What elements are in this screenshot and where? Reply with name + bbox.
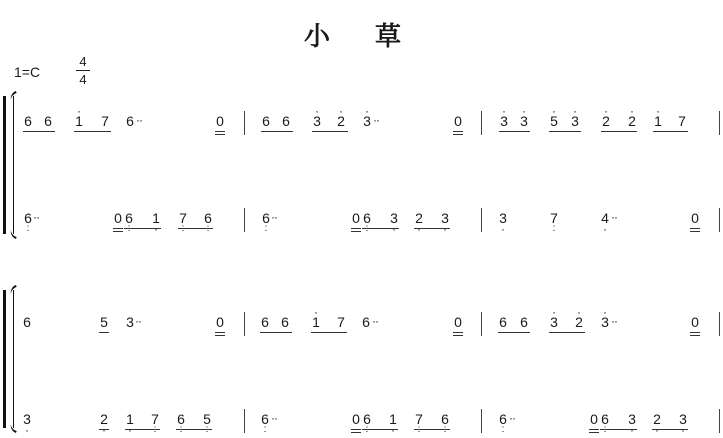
beam — [176, 429, 212, 430]
beam — [215, 332, 225, 333]
note: 2 — [601, 113, 611, 129]
note: 7 — [549, 210, 559, 226]
system1-upper-staff: 6 6 1 7 6 ·· 0 6 6 3 2 3 ·· 0 3 3 5 3 2 … — [0, 103, 723, 143]
note: 3 — [570, 113, 580, 129]
system1-lower-staff: 6 ·· 0 6 1 7 6 6 ·· 0 6 3 2 3 3 7 4 ·· 0 — [0, 200, 723, 240]
system2-upper-staff: 6 5 3 ·· 0 6 6 1 7 6 ·· 0 6 6 3 2 3 ·· 0 — [0, 304, 723, 344]
rest: 0 — [351, 411, 361, 427]
note: 7 — [178, 210, 188, 226]
barline — [719, 409, 720, 433]
barline — [481, 409, 482, 433]
barline — [244, 208, 245, 232]
beam — [74, 131, 111, 132]
note: 6 — [125, 113, 135, 129]
note: 6 — [124, 210, 134, 226]
extension-dots: ·· — [373, 113, 379, 127]
note: 6 — [600, 411, 610, 427]
note: 6 — [440, 411, 450, 427]
beam — [549, 332, 585, 333]
barline — [719, 111, 720, 135]
rest: 0 — [113, 210, 123, 226]
beam — [261, 131, 293, 132]
beam — [414, 429, 450, 430]
beam — [601, 131, 637, 132]
note: 7 — [100, 113, 110, 129]
note: 1 — [388, 411, 398, 427]
extension-dots: ·· — [372, 314, 378, 328]
note: 6 — [498, 314, 508, 330]
beam — [362, 228, 399, 229]
beam — [589, 432, 599, 433]
note: 3 — [600, 314, 610, 330]
rest: 0 — [215, 314, 225, 330]
beam — [99, 429, 109, 430]
beam — [125, 429, 160, 430]
beam — [690, 335, 700, 336]
note: 7 — [414, 411, 424, 427]
beam — [312, 131, 348, 132]
note: 6 — [280, 314, 290, 330]
note: 6 — [260, 314, 270, 330]
beam — [215, 335, 225, 336]
rest: 0 — [690, 314, 700, 330]
note: 6 — [361, 314, 371, 330]
beam — [499, 131, 530, 132]
rest: 0 — [453, 314, 463, 330]
beam — [549, 131, 581, 132]
beam — [351, 432, 361, 433]
note: 3 — [519, 113, 529, 129]
beam — [652, 429, 688, 430]
note: 6 — [261, 210, 271, 226]
beam — [498, 332, 530, 333]
note: 3 — [389, 210, 399, 226]
key-signature: 1=C — [14, 64, 40, 80]
note: 3 — [549, 314, 559, 330]
beam — [351, 429, 361, 430]
rest: 0 — [215, 113, 225, 129]
beam — [690, 231, 700, 232]
note: 3 — [678, 411, 688, 427]
rest: 0 — [690, 210, 700, 226]
note: 6 — [176, 411, 186, 427]
note: 1 — [311, 314, 321, 330]
rest: 0 — [589, 411, 599, 427]
note: 6 — [281, 113, 291, 129]
beam — [690, 228, 700, 229]
note: 7 — [677, 113, 687, 129]
beam — [453, 134, 463, 135]
rest: 0 — [351, 210, 361, 226]
beam — [99, 332, 109, 333]
extension-dots: ·· — [611, 314, 617, 328]
beam — [600, 429, 637, 430]
note: 5 — [99, 314, 109, 330]
beam — [690, 332, 700, 333]
note: 2 — [652, 411, 662, 427]
extension-dots: ·· — [135, 314, 141, 328]
extension-dots: ·· — [271, 411, 277, 425]
barline — [481, 312, 482, 336]
beam — [124, 228, 161, 229]
note: 2 — [627, 113, 637, 129]
time-signature-line — [76, 70, 90, 71]
note: 5 — [549, 113, 559, 129]
note: 6 — [519, 314, 529, 330]
beam — [178, 228, 213, 229]
note: 7 — [150, 411, 160, 427]
extension-dots: ·· — [271, 210, 277, 224]
beam — [453, 332, 463, 333]
note: 4 — [600, 210, 610, 226]
barline — [719, 312, 720, 336]
note: 6 — [260, 411, 270, 427]
rest: 0 — [453, 113, 463, 129]
system2-lower-staff: 3 2 1 7 6 5 6 ·· 0 6 1 7 6 6 ·· 0 6 3 2 … — [0, 401, 723, 438]
note: 6 — [362, 210, 372, 226]
note: 3 — [499, 113, 509, 129]
note: 5 — [202, 411, 212, 427]
note: 6 — [22, 314, 32, 330]
beam — [23, 131, 55, 132]
beam — [653, 131, 688, 132]
beam — [351, 231, 361, 232]
beam — [589, 429, 599, 430]
beam — [113, 228, 123, 229]
note: 6 — [362, 411, 372, 427]
note: 2 — [574, 314, 584, 330]
beam — [113, 231, 123, 232]
beam — [362, 429, 398, 430]
note: 1 — [74, 113, 84, 129]
beam — [351, 228, 361, 229]
note: 3 — [22, 411, 32, 427]
barline — [244, 111, 245, 135]
note: 3 — [362, 113, 372, 129]
barline — [244, 409, 245, 433]
note: 3 — [498, 210, 508, 226]
note: 1 — [653, 113, 663, 129]
beam — [260, 332, 292, 333]
extension-dots: ·· — [136, 113, 142, 127]
beam — [311, 332, 347, 333]
extension-dots: ·· — [509, 411, 515, 425]
beam — [414, 228, 450, 229]
note: 6 — [203, 210, 213, 226]
time-signature-bottom: 4 — [76, 72, 90, 87]
time-signature: 4 4 — [76, 54, 90, 87]
note: 2 — [414, 210, 424, 226]
note: 7 — [336, 314, 346, 330]
note: 6 — [23, 210, 33, 226]
note: 1 — [151, 210, 161, 226]
beam — [453, 335, 463, 336]
note: 6 — [23, 113, 33, 129]
note: 3 — [125, 314, 135, 330]
extension-dots: ·· — [33, 210, 39, 224]
note: 2 — [99, 411, 109, 427]
beam — [453, 131, 463, 132]
beam — [215, 134, 225, 135]
song-title: 小 草 — [0, 16, 723, 53]
time-signature-top: 4 — [76, 54, 90, 69]
note: 3 — [627, 411, 637, 427]
barline — [481, 111, 482, 135]
note: 2 — [336, 113, 346, 129]
extension-dots: ·· — [611, 210, 617, 224]
note: 6 — [498, 411, 508, 427]
beam — [215, 131, 225, 132]
barline — [719, 208, 720, 232]
barline — [481, 208, 482, 232]
note: 6 — [261, 113, 271, 129]
barline — [244, 312, 245, 336]
note: 1 — [125, 411, 135, 427]
note: 6 — [43, 113, 53, 129]
note: 3 — [312, 113, 322, 129]
note: 3 — [440, 210, 450, 226]
